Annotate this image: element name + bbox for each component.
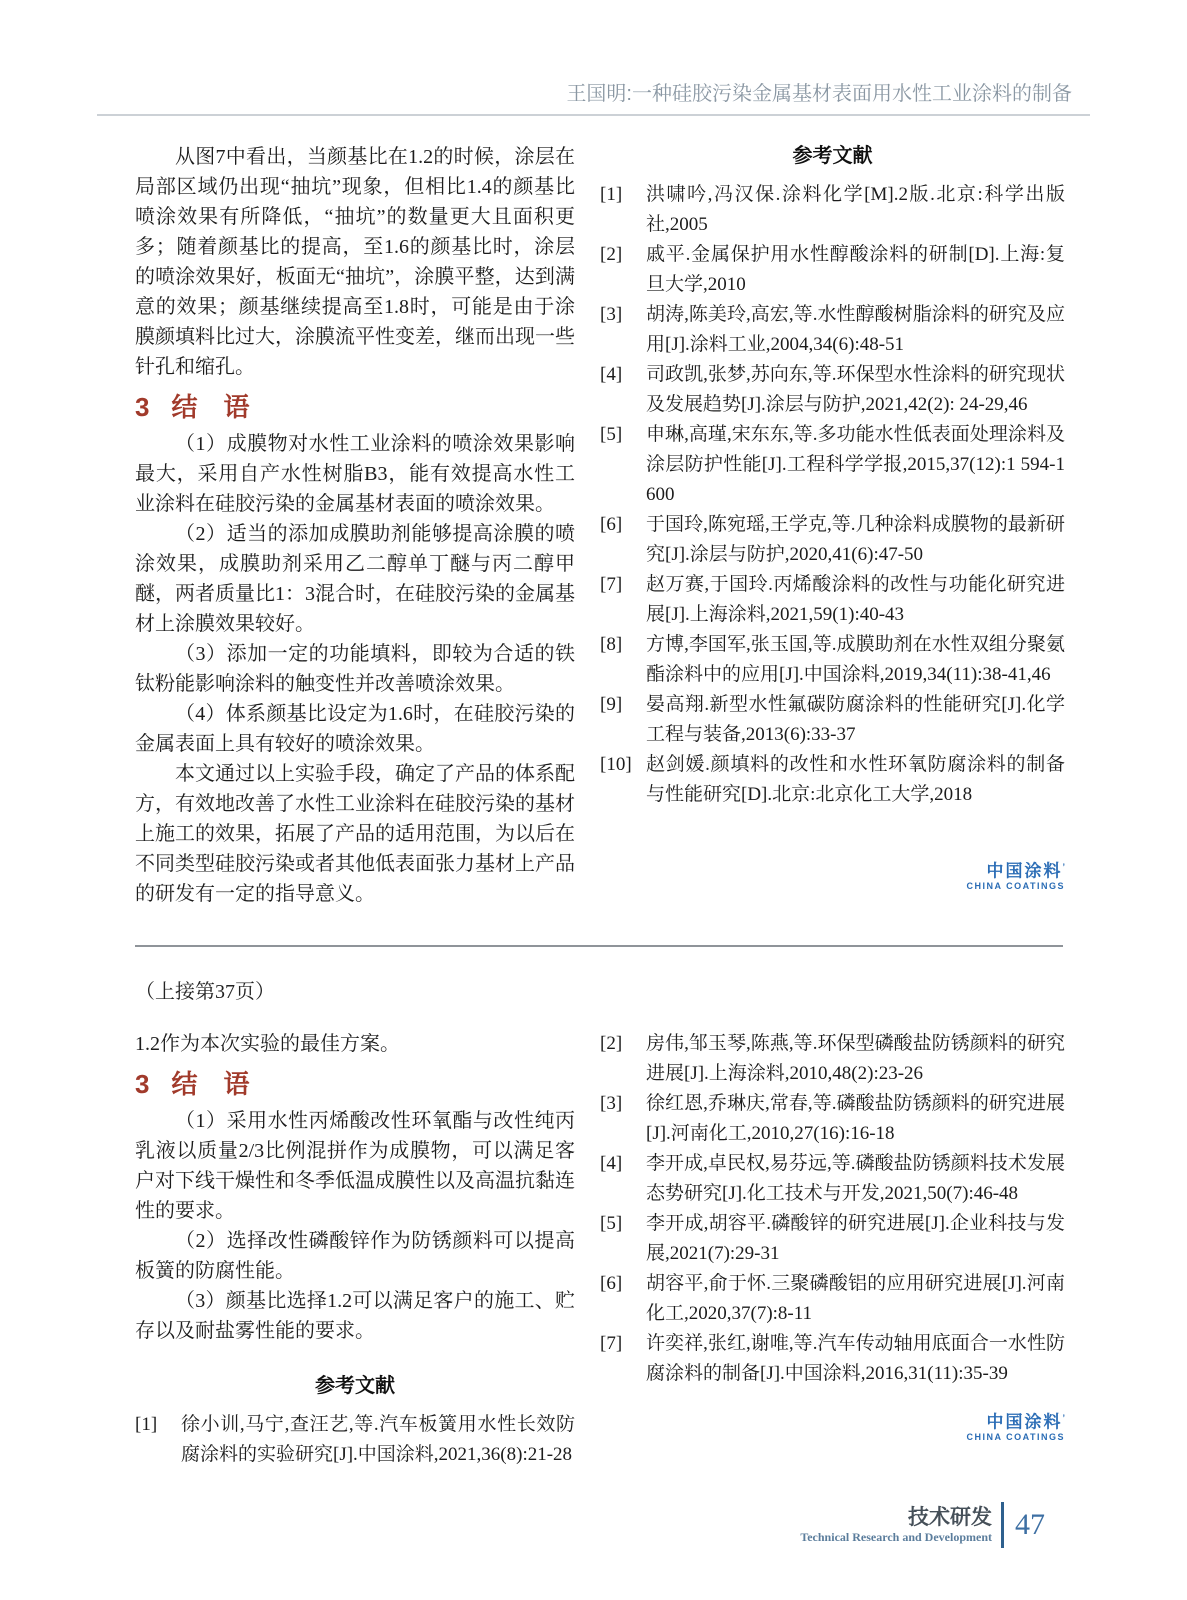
reference-number: [5] (600, 420, 646, 510)
reference-number: [4] (600, 1149, 646, 1209)
reference-text: 许奕祥,张红,谢唯,等.汽车传动轴用底面合一水性防腐涂料的制备[J].中国涂料,… (646, 1329, 1065, 1389)
logo-cn-text: 中国涂料’ (600, 858, 1065, 881)
china-coatings-logo: 中国涂料’ CHINA COATINGS (600, 858, 1065, 892)
reference-item: [1] 徐小训,马宁,查汪艺,等.汽车板簧用水性长效防腐涂料的实验研究[J].中… (135, 1410, 575, 1470)
reference-number: [7] (600, 570, 646, 630)
reference-number: [8] (600, 630, 646, 690)
conclusion-paragraph: （3）颜基比选择1.2可以满足客户的施工、贮存以及耐盐雾性能的要求。 (135, 1286, 575, 1346)
reference-number: [2] (600, 240, 646, 300)
reference-item: [2] 房伟,邹玉琴,陈燕,等.环保型磷酸盐防锈颜料的研究进展[J].上海涂料,… (600, 1029, 1065, 1089)
reference-text: 洪啸吟,冯汉保.涂料化学[M].2版.北京:科学出版社,2005 (646, 180, 1065, 240)
reference-text: 晏高翔.新型水性氟碳防腐涂料的性能研究[J].化学工程与装备,2013(6):3… (646, 690, 1065, 750)
reference-number: [3] (600, 300, 646, 360)
conclusion-heading-upper: 3 结 语 (135, 391, 575, 423)
reference-number: [1] (135, 1410, 181, 1470)
reference-list-lower-left: [1] 徐小训,马宁,查汪艺,等.汽车板簧用水性长效防腐涂料的实验研究[J].中… (135, 1410, 575, 1470)
heading-number: 3 (135, 1068, 149, 1100)
logo-trademark: ’ (1062, 1413, 1065, 1423)
page-header: 王国明:一种硅胶污染金属基材表面用水性工业涂料的制备 (97, 0, 1090, 116)
journal-page: 王国明:一种硅胶污染金属基材表面用水性工业涂料的制备 从图7中看出，当颜基比在1… (0, 0, 1187, 1600)
heading-title: 结 语 (171, 1068, 249, 1100)
reference-text: 赵万赛,于国玲.丙烯酸涂料的改性与功能化研究进展[J].上海涂料,2021,59… (646, 570, 1065, 630)
reference-text: 李开成,卓民权,易芬远,等.磷酸盐防锈颜料技术发展态势研究[J].化工技术与开发… (646, 1149, 1065, 1209)
reference-item: [3] 徐红恩,乔琳庆,常春,等.磷酸盐防锈颜料的研究进展[J].河南化工,20… (600, 1089, 1065, 1149)
reference-text: 赵剑媛.颜填料的改性和水性环氧防腐涂料的制备与性能研究[D].北京:北京化工大学… (646, 750, 1065, 810)
reference-item: [4] 司政凯,张梦,苏向东,等.环保型水性涂料的研究现状及发展趋势[J].涂层… (600, 360, 1065, 420)
reference-text: 司政凯,张梦,苏向东,等.环保型水性涂料的研究现状及发展趋势[J].涂层与防护,… (646, 360, 1065, 420)
lower-section: 1.2作为本次实验的最佳方案。 3 结 语 （1）采用水性丙烯酸改性环氧酯与改性… (135, 1029, 1063, 1470)
reference-text: 胡涛,陈美玲,高宏,等.水性醇酸树脂涂料的研究及应用[J].涂料工业,2004,… (646, 300, 1065, 360)
logo-en-text: CHINA COATINGS (600, 1432, 1065, 1443)
upper-section: 从图7中看出，当颜基比在1.2的时候，涂层在局部区域仍出现“抽坑”现象，但相比1… (135, 142, 1063, 909)
continuation-note: （上接第37页） (135, 977, 1187, 1007)
reference-text: 徐小训,马宁,查汪艺,等.汽车板簧用水性长效防腐涂料的实验研究[J].中国涂料,… (181, 1410, 575, 1470)
reference-number: [6] (600, 510, 646, 570)
reference-text: 房伟,邹玉琴,陈燕,等.环保型磷酸盐防锈颜料的研究进展[J].上海涂料,2010… (646, 1029, 1065, 1089)
upper-left-column: 从图7中看出，当颜基比在1.2的时候，涂层在局部区域仍出现“抽坑”现象，但相比1… (135, 142, 575, 909)
page-footer: 技术研发 Technical Research and Development … (800, 1502, 1045, 1548)
reference-item: [3] 胡涛,陈美玲,高宏,等.水性醇酸树脂涂料的研究及应用[J].涂料工业,2… (600, 300, 1065, 360)
reference-item: [4] 李开成,卓民权,易芬远,等.磷酸盐防锈颜料技术发展态势研究[J].化工技… (600, 1149, 1065, 1209)
reference-text: 申琳,高瑾,宋东东,等.多功能水性低表面处理涂料及涂层防护性能[J].工程科学学… (646, 420, 1065, 510)
reference-item: [2] 戚平.金属保护用水性醇酸涂料的研制[D].上海:复旦大学,2010 (600, 240, 1065, 300)
heading-title: 结 语 (171, 391, 249, 423)
conclusion-paragraph: （2）适当的添加成膜助剂能够提高涂膜的喷涂效果，成膜助剂采用乙二醇单丁醚与丙二醇… (135, 519, 575, 639)
logo-trademark: ’ (1062, 862, 1065, 872)
footer-section-cn: 技术研发 (800, 1506, 992, 1530)
upper-right-column: 参考文献 [1] 洪啸吟,冯汉保.涂料化学[M].2版.北京:科学出版社,200… (600, 142, 1065, 909)
conclusion-paragraph: 本文通过以上实验手段，确定了产品的体系配方，有效地改善了水性工业涂料在硅胶污染的… (135, 759, 575, 909)
reference-text: 徐红恩,乔琳庆,常春,等.磷酸盐防锈颜料的研究进展[J].河南化工,2010,2… (646, 1089, 1065, 1149)
logo-cn-text: 中国涂料’ (600, 1409, 1065, 1432)
reference-item: [6] 于国玲,陈宛瑶,王学克,等.几种涂料成膜物的最新研究[J].涂层与防护,… (600, 510, 1065, 570)
conclusion-paragraph: （1）采用水性丙烯酸改性环氧酯与改性纯丙乳液以质量2/3比例混拼作为成膜物，可以… (135, 1106, 575, 1226)
reference-item: [5] 申琳,高瑾,宋东东,等.多功能水性低表面处理涂料及涂层防护性能[J].工… (600, 420, 1065, 510)
footer-section-label: 技术研发 Technical Research and Development (800, 1506, 992, 1545)
reference-text: 于国玲,陈宛瑶,王学克,等.几种涂料成膜物的最新研究[J].涂层与防护,2020… (646, 510, 1065, 570)
conclusion-heading-lower: 3 结 语 (135, 1068, 575, 1100)
logo-en-text: CHINA COATINGS (600, 881, 1065, 892)
reference-list-lower-right: [2] 房伟,邹玉琴,陈燕,等.环保型磷酸盐防锈颜料的研究进展[J].上海涂料,… (600, 1029, 1065, 1389)
footer-section-en: Technical Research and Development (800, 1530, 992, 1545)
page-number: 47 (1015, 1508, 1045, 1542)
reference-item: [7] 许奕祥,张红,谢唯,等.汽车传动轴用底面合一水性防腐涂料的制备[J].中… (600, 1329, 1065, 1389)
reference-item: [1] 洪啸吟,冯汉保.涂料化学[M].2版.北京:科学出版社,2005 (600, 180, 1065, 240)
running-title: 王国明:一种硅胶污染金属基材表面用水性工业涂料的制备 (97, 82, 1090, 116)
references-title: 参考文献 (600, 142, 1065, 170)
conclusion-paragraph: （2）选择改性磷酸锌作为防锈颜料可以提高板簧的防腐性能。 (135, 1226, 575, 1286)
reference-number: [5] (600, 1209, 646, 1269)
reference-number: [10] (600, 750, 646, 810)
reference-text: 戚平.金属保护用水性醇酸涂料的研制[D].上海:复旦大学,2010 (646, 240, 1065, 300)
reference-number: [1] (600, 180, 646, 240)
reference-item: [5] 李开成,胡容平.磷酸锌的研究进展[J].企业科技与发展,2021(7):… (600, 1209, 1065, 1269)
footer-divider-bar (1001, 1502, 1004, 1548)
reference-item: [10] 赵剑媛.颜填料的改性和水性环氧防腐涂料的制备与性能研究[D].北京:北… (600, 750, 1065, 810)
reference-text: 胡容平,俞于怀.三聚磷酸铝的应用研究进展[J].河南化工,2020,37(7):… (646, 1269, 1065, 1329)
section-divider (135, 945, 1063, 947)
reference-number: [4] (600, 360, 646, 420)
reference-item: [9] 晏高翔.新型水性氟碳防腐涂料的性能研究[J].化学工程与装备,2013(… (600, 690, 1065, 750)
reference-item: [6] 胡容平,俞于怀.三聚磷酸铝的应用研究进展[J].河南化工,2020,37… (600, 1269, 1065, 1329)
conclusion-paragraph: （4）体系颜基比设定为1.6时，在硅胶污染的金属表面上具有较好的喷涂效果。 (135, 699, 575, 759)
reference-item: [8] 方博,李国军,张玉国,等.成膜助剂在水性双组分聚氨酯涂料中的应用[J].… (600, 630, 1065, 690)
reference-number: [3] (600, 1089, 646, 1149)
conclusion-paragraph: （3）添加一定的功能填料，即较为合适的铁钛粉能影响涂料的触变性并改善喷涂效果。 (135, 639, 575, 699)
reference-text: 方博,李国军,张玉国,等.成膜助剂在水性双组分聚氨酯涂料中的应用[J].中国涂料… (646, 630, 1065, 690)
reference-number: [9] (600, 690, 646, 750)
reference-item: [7] 赵万赛,于国玲.丙烯酸涂料的改性与功能化研究进展[J].上海涂料,202… (600, 570, 1065, 630)
conclusion-paragraph: （1）成膜物对水性工业涂料的喷涂效果影响最大，采用自产水性树脂B3，能有效提高水… (135, 429, 575, 519)
heading-number: 3 (135, 391, 149, 423)
china-coatings-logo: 中国涂料’ CHINA COATINGS (600, 1409, 1065, 1443)
lower-left-column: 1.2作为本次实验的最佳方案。 3 结 语 （1）采用水性丙烯酸改性环氧酯与改性… (135, 1029, 575, 1470)
reference-list-upper: [1] 洪啸吟,冯汉保.涂料化学[M].2版.北京:科学出版社,2005 [2]… (600, 180, 1065, 810)
reference-text: 李开成,胡容平.磷酸锌的研究进展[J].企业科技与发展,2021(7):29-3… (646, 1209, 1065, 1269)
reference-number: [7] (600, 1329, 646, 1389)
lower-right-column: [2] 房伟,邹玉琴,陈燕,等.环保型磷酸盐防锈颜料的研究进展[J].上海涂料,… (600, 1029, 1065, 1470)
reference-number: [6] (600, 1269, 646, 1329)
reference-number: [2] (600, 1029, 646, 1089)
lead-paragraph: 1.2作为本次实验的最佳方案。 (135, 1029, 575, 1059)
references-title-lower: 参考文献 (135, 1372, 575, 1400)
intro-paragraph: 从图7中看出，当颜基比在1.2的时候，涂层在局部区域仍出现“抽坑”现象，但相比1… (135, 142, 575, 382)
